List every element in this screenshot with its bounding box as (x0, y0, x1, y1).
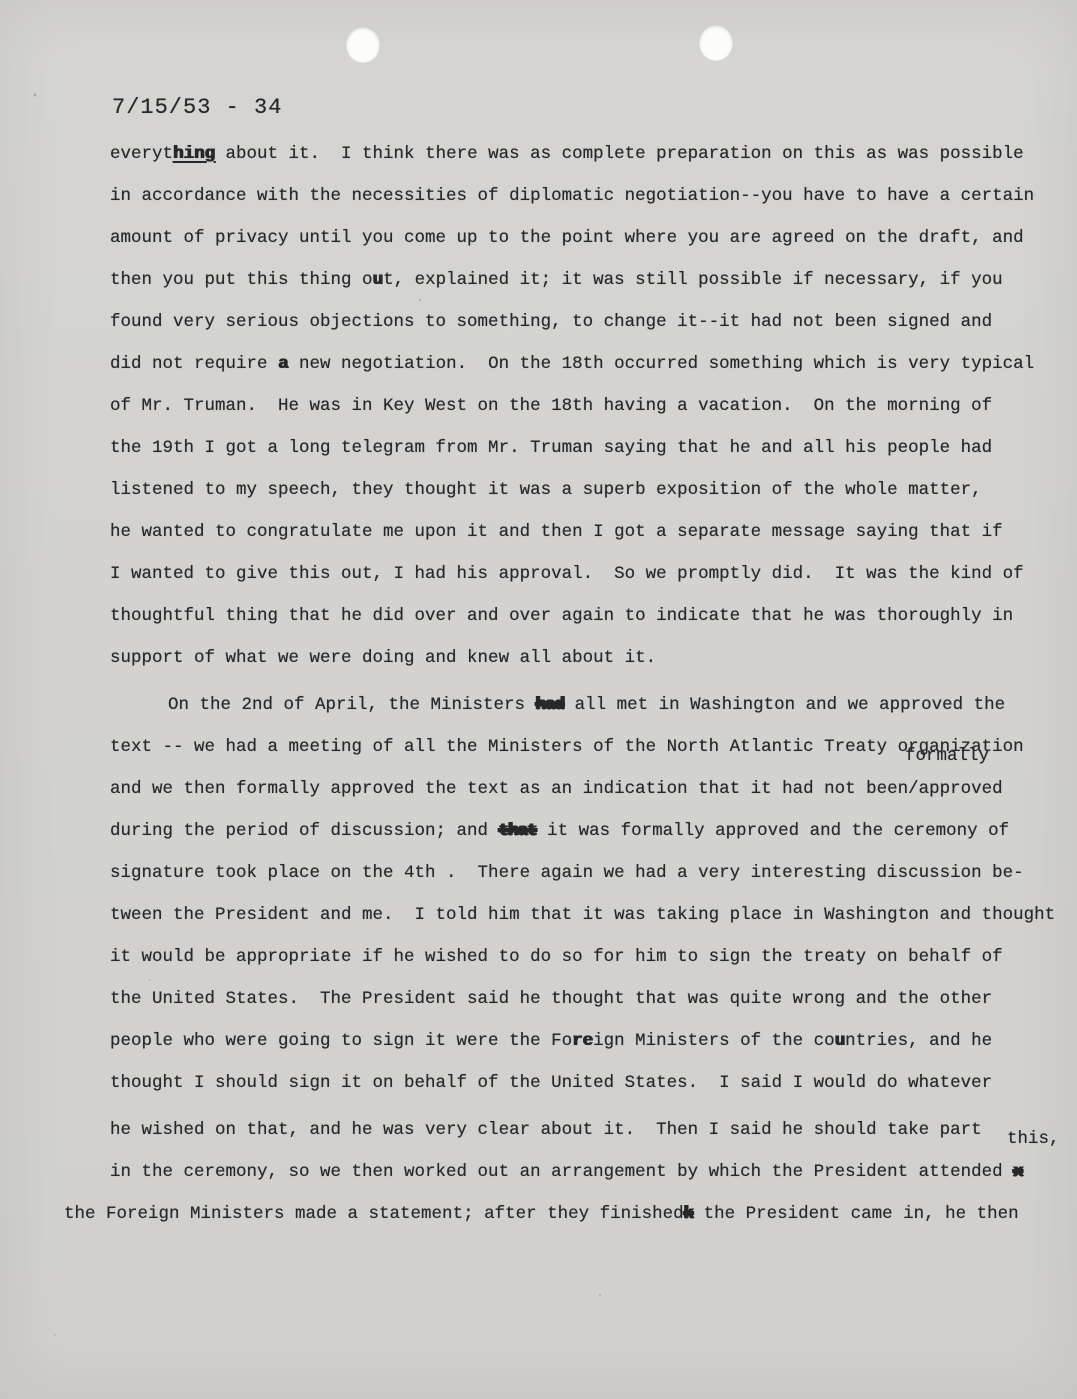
line-text: and we then formally approved the text a… (110, 779, 1003, 799)
text-line-paragraph-start: On the 2nd of April, the Ministers had a… (110, 684, 1075, 726)
text-line: he wanted to congratulate me upon it and… (110, 511, 1075, 553)
line-text: about it. I think there was as complete … (215, 144, 1024, 164)
text-line: of Mr. Truman. He was in Key West on the… (110, 385, 1075, 427)
line-text: thoughtful thing that he did over and ov… (110, 606, 1013, 626)
text-line: found very serious objections to somethi… (110, 301, 1075, 343)
punch-hole-left (346, 27, 380, 63)
line-text: amount of privacy until you come up to t… (110, 228, 1024, 248)
text-line: it would be appropriate if he wished to … (110, 936, 1075, 978)
text-line: people who were going to sign it were th… (110, 1020, 1075, 1062)
line-text: the 19th I got a long telegram from Mr. … (110, 438, 992, 458)
line-text: the United States. The President said he… (110, 989, 992, 1009)
line-text: the President came in, he then (693, 1204, 1019, 1224)
text-line: thought I should sign it on behalf of th… (110, 1062, 1075, 1104)
line-text: tween the President and me. I told him t… (110, 905, 1055, 925)
line-text: ntries, and he (845, 1031, 992, 1051)
page-header-date-number: 7/15/53 - 34 (112, 95, 282, 120)
line-text: during the period of discussion; and (110, 821, 499, 841)
line-text: all met in Washington and we approved th… (564, 695, 1005, 715)
line-text: he wanted to congratulate me upon it and… (110, 522, 1003, 542)
text-line: signature took place on the 4th . There … (110, 852, 1075, 894)
line-text: of Mr. Truman. He was in Key West on the… (110, 396, 992, 416)
text-line: during the period of discussion; and tha… (110, 810, 1075, 852)
line-text: ign Ministers of the co (593, 1031, 835, 1051)
struck-out-word: that (499, 821, 537, 841)
text-line: listened to my speech, they thought it w… (110, 469, 1075, 511)
line-text: in accordance with the necessities of di… (110, 186, 1034, 206)
text-line: amount of privacy until you come up to t… (110, 217, 1075, 259)
line-text: t, explained it; it was still possible i… (383, 270, 1003, 290)
line-text: he wished on that, and he was very clear… (110, 1120, 982, 1140)
text-line: he wished on that, and he was very clear… (110, 1109, 1075, 1151)
text-line: did not require a new negotiation. On th… (110, 343, 1075, 385)
line-text: new negotiation. On the 18th occurred so… (289, 354, 1035, 374)
line-text: listened to my speech, they thought it w… (110, 480, 982, 500)
text-line: thoughtful thing that he did over and ov… (110, 595, 1075, 637)
line-text: people who were going to sign it were th… (110, 1031, 572, 1051)
text-line: everything about it. I think there was a… (110, 133, 1075, 175)
text-line: tween the President and me. I told him t… (110, 894, 1075, 936)
line-text: in the ceremony, so we then worked out a… (110, 1162, 1013, 1182)
struck-out-character: k (684, 1204, 694, 1224)
line-text: thought I should sign it on behalf of th… (110, 1073, 992, 1093)
overtyped-letter: a (278, 354, 289, 374)
text-line: the 19th I got a long telegram from Mr. … (110, 427, 1075, 469)
line-text: did not require (110, 354, 278, 374)
line-text: it was formally approved and the ceremon… (537, 821, 1010, 841)
line-text: the Foreign Ministers made a statement; … (64, 1204, 684, 1224)
text-line: formallyand we then formally approved th… (110, 768, 1075, 810)
overtyped-word: hing (173, 144, 215, 164)
line-text: On the 2nd of April, the Ministers (168, 695, 536, 715)
line-text: I wanted to give this out, I had his app… (110, 564, 1024, 584)
inserted-word-formally: formally (905, 743, 989, 769)
line-text: text -- we had a meeting of all the Mini… (110, 737, 1024, 757)
line-text: support of what we were doing and knew a… (110, 648, 656, 668)
text-line: support of what we were doing and knew a… (110, 637, 1075, 679)
struck-out-word: had (536, 695, 565, 715)
line-text: then you put this thing o (110, 270, 373, 290)
punch-hole-right (699, 25, 733, 61)
text-line: this,in the ceremony, so we then worked … (110, 1151, 1075, 1193)
struck-out-character: x (1013, 1162, 1023, 1182)
overtyped-letter: u (835, 1031, 846, 1051)
line-text: found very serious objections to somethi… (110, 312, 992, 332)
line-text: signature took place on the 4th . There … (110, 863, 1024, 883)
text-line: the United States. The President said he… (110, 978, 1075, 1020)
overtyped-letter: u (373, 270, 384, 290)
line-text: everyt (110, 144, 173, 164)
text-line: in accordance with the necessities of di… (110, 175, 1075, 217)
document-page: 7/15/53 - 34 everything about it. I thin… (0, 0, 1077, 1399)
text-line: the Foreign Ministers made a statement; … (64, 1193, 1075, 1235)
text-line: then you put this thing out, explained i… (110, 259, 1075, 301)
overtyped-letters: re (572, 1031, 593, 1051)
text-line: I wanted to give this out, I had his app… (110, 553, 1075, 595)
typescript-body: everything about it. I think there was a… (110, 133, 1075, 1235)
line-text: it would be appropriate if he wished to … (110, 947, 1003, 967)
inserted-word-this: this, (1007, 1126, 1060, 1152)
